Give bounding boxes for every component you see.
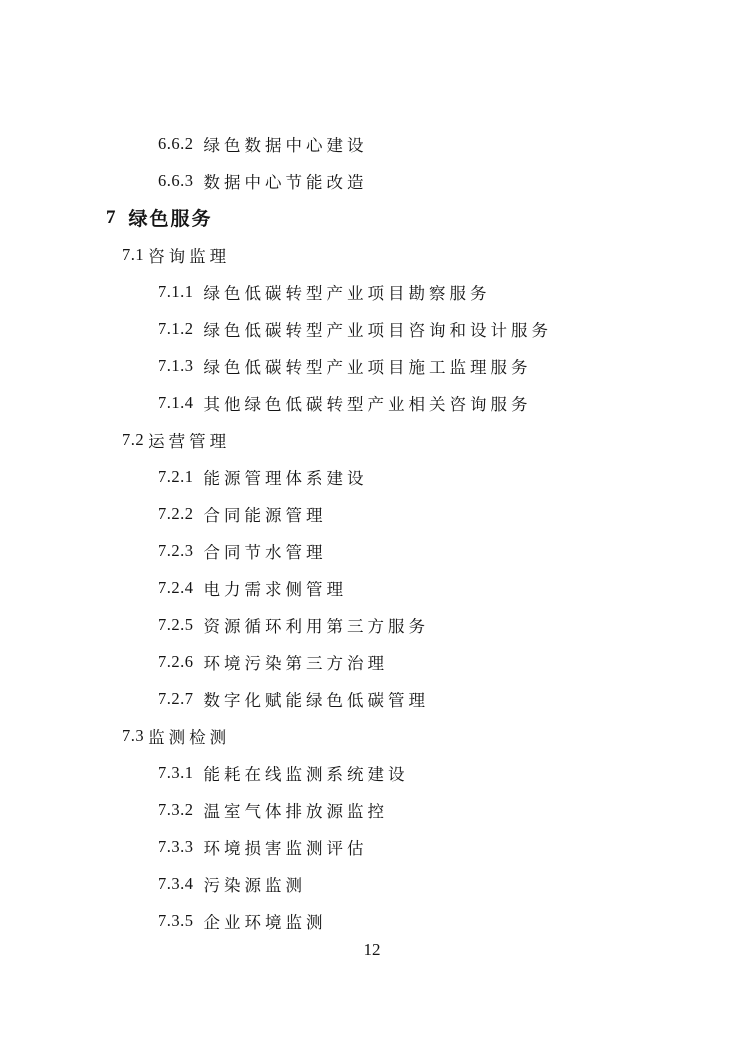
toc-item-7-2-5: 7.2.5资源循环利用第三方服务 [0,606,744,643]
toc-list: 6.6.2绿色数据中心建设6.6.3数据中心节能改造7绿色服务7.1咨询监理7.… [0,125,744,939]
toc-item-number: 6.6.2 [158,134,194,154]
toc-item-7-1-3: 7.1.3绿色低碳转型产业项目施工监理服务 [0,347,744,384]
toc-item-text: 其他绿色低碳转型产业相关咨询服务 [204,391,532,415]
toc-item-text: 运营管理 [148,428,230,452]
toc-item-7-1-2: 7.1.2绿色低碳转型产业项目咨询和设计服务 [0,310,744,347]
toc-item-7-3-4: 7.3.4污染源监测 [0,865,744,902]
toc-item-7-1-4: 7.1.4其他绿色低碳转型产业相关咨询服务 [0,384,744,421]
toc-item-text: 资源循环利用第三方服务 [204,613,430,637]
page-number: 12 [0,940,744,960]
toc-item-text: 绿色服务 [129,204,213,231]
toc-item-text: 绿色数据中心建设 [204,132,368,156]
toc-item-number: 7.1.2 [158,319,194,339]
toc-item-number: 7.3.4 [158,874,194,894]
toc-item-7-2: 7.2运营管理 [0,421,744,458]
toc-item-7-3-3: 7.3.3环境损害监测评估 [0,828,744,865]
toc-item-number: 7.2 [122,430,144,450]
toc-item-text: 绿色低碳转型产业项目施工监理服务 [204,354,532,378]
toc-item-7-2-2: 7.2.2合同能源管理 [0,495,744,532]
toc-item-text: 环境损害监测评估 [204,835,368,859]
toc-item-text: 绿色低碳转型产业项目咨询和设计服务 [204,317,553,341]
toc-item-number: 7.1.4 [158,393,194,413]
toc-item-7-2-6: 7.2.6环境污染第三方治理 [0,643,744,680]
toc-item-number: 7.2.4 [158,578,194,598]
toc-item-7-1-1: 7.1.1绿色低碳转型产业项目勘察服务 [0,273,744,310]
toc-item-text: 合同节水管理 [204,539,327,563]
toc-item-number: 7.3.2 [158,800,194,820]
toc-item-number: 7.3.3 [158,837,194,857]
toc-item-number: 7.1.3 [158,356,194,376]
toc-item-number: 7.2.1 [158,467,194,487]
toc-item-7-2-7: 7.2.7数字化赋能绿色低碳管理 [0,680,744,717]
toc-item-7-3: 7.3监测检测 [0,717,744,754]
toc-item-number: 7 [106,207,116,229]
document-page: 6.6.2绿色数据中心建设6.6.3数据中心节能改造7绿色服务7.1咨询监理7.… [0,0,744,1052]
toc-item-text: 环境污染第三方治理 [204,650,389,674]
toc-item-7-3-5: 7.3.5企业环境监测 [0,902,744,939]
toc-item-7-2-1: 7.2.1能源管理体系建设 [0,458,744,495]
toc-item-7-2-3: 7.2.3合同节水管理 [0,532,744,569]
toc-item-7-2-4: 7.2.4电力需求侧管理 [0,569,744,606]
toc-item-text: 电力需求侧管理 [204,576,348,600]
toc-item-text: 温室气体排放源监控 [204,798,389,822]
toc-item-text: 绿色低碳转型产业项目勘察服务 [204,280,491,304]
toc-item-7-3-1: 7.3.1能耗在线监测系统建设 [0,754,744,791]
toc-item-text: 数字化赋能绿色低碳管理 [204,687,430,711]
toc-item-number: 7.2.3 [158,541,194,561]
toc-item-number: 7.3 [122,726,144,746]
toc-item-text: 合同能源管理 [204,502,327,526]
toc-item-number: 6.6.3 [158,171,194,191]
toc-item-7: 7绿色服务 [0,199,744,236]
toc-item-number: 7.2.5 [158,615,194,635]
toc-item-number: 7.1.1 [158,282,194,302]
toc-item-number: 7.2.2 [158,504,194,524]
toc-item-number: 7.2.6 [158,652,194,672]
toc-item-text: 能耗在线监测系统建设 [204,761,409,785]
toc-item-text: 污染源监测 [204,872,307,896]
toc-item-text: 能源管理体系建设 [204,465,368,489]
toc-item-6-6-2: 6.6.2绿色数据中心建设 [0,125,744,162]
toc-item-text: 咨询监理 [148,243,230,267]
toc-item-number: 7.1 [122,245,144,265]
toc-item-number: 7.2.7 [158,689,194,709]
toc-item-number: 7.3.5 [158,911,194,931]
toc-item-number: 7.3.1 [158,763,194,783]
toc-item-text: 监测检测 [148,724,230,748]
toc-item-text: 企业环境监测 [204,909,327,933]
toc-item-7-1: 7.1咨询监理 [0,236,744,273]
toc-item-6-6-3: 6.6.3数据中心节能改造 [0,162,744,199]
toc-item-7-3-2: 7.3.2温室气体排放源监控 [0,791,744,828]
toc-item-text: 数据中心节能改造 [204,169,368,193]
